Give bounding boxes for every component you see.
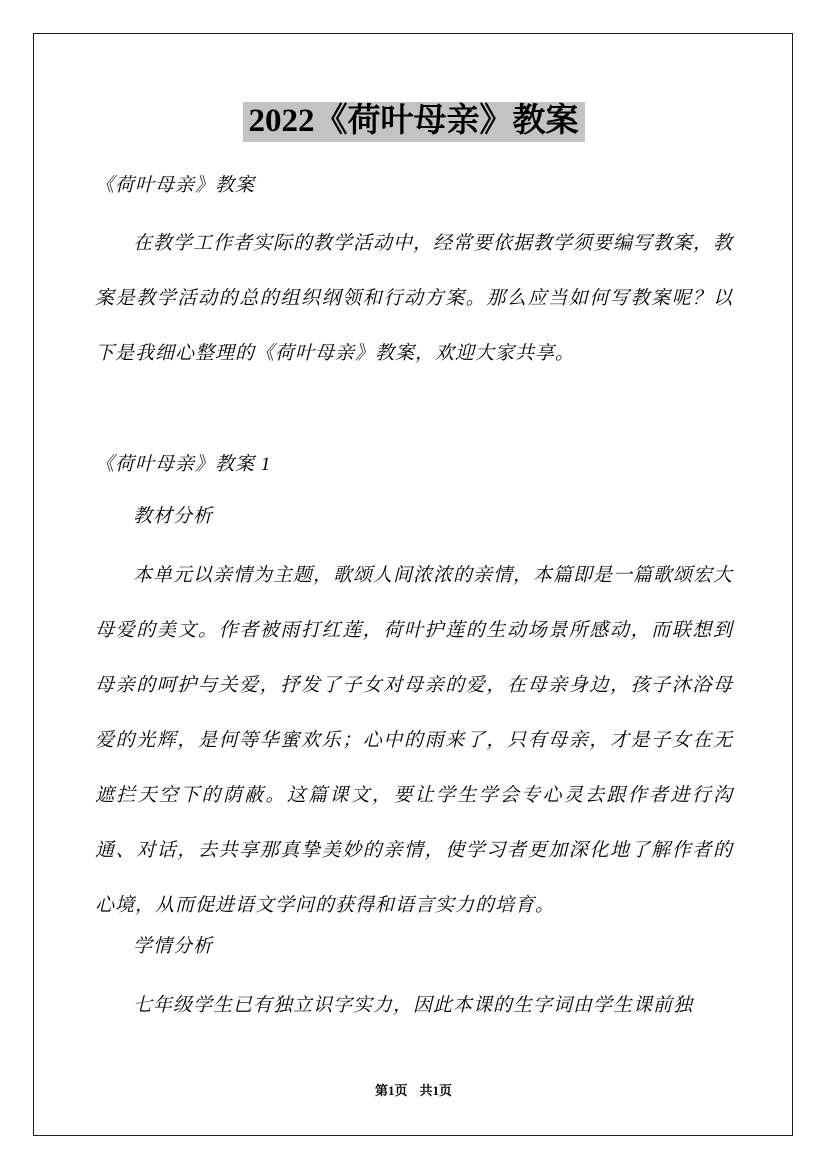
- section-title: 《荷叶母亲》教案 1: [95, 451, 733, 479]
- subsection-heading-textbook-analysis: 教材分析: [95, 503, 733, 531]
- document-page: 2022《荷叶母亲》教案 《荷叶母亲》教案 在教学工作者实际的教学活动中，经常要…: [0, 0, 827, 1170]
- page-title: 2022《荷叶母亲》教案: [0, 99, 827, 143]
- page-number: 第1页: [375, 1083, 408, 1098]
- page-footer: 第1页共1页: [0, 1082, 827, 1100]
- intro-label: 《荷叶母亲》教案: [95, 172, 733, 200]
- title-highlight: 2022《荷叶母亲》教案: [243, 102, 585, 142]
- subsection-body-learner-analysis: 七年级学生已有独立识字实力，因此本课的生字词由学生课前独: [95, 978, 733, 1033]
- subsection-body-textbook-analysis: 本单元以亲情为主题，歌颂人间浓浓的亲情，本篇即是一篇歌颂宏大母爱的美文。作者被雨…: [95, 548, 733, 933]
- subsection-heading-learner-analysis: 学情分析: [95, 933, 733, 961]
- intro-paragraph: 在教学工作者实际的教学活动中，经常要依据教学须要编写教案，教案是教学活动的总的组…: [95, 216, 733, 381]
- total-pages: 共1页: [420, 1083, 453, 1098]
